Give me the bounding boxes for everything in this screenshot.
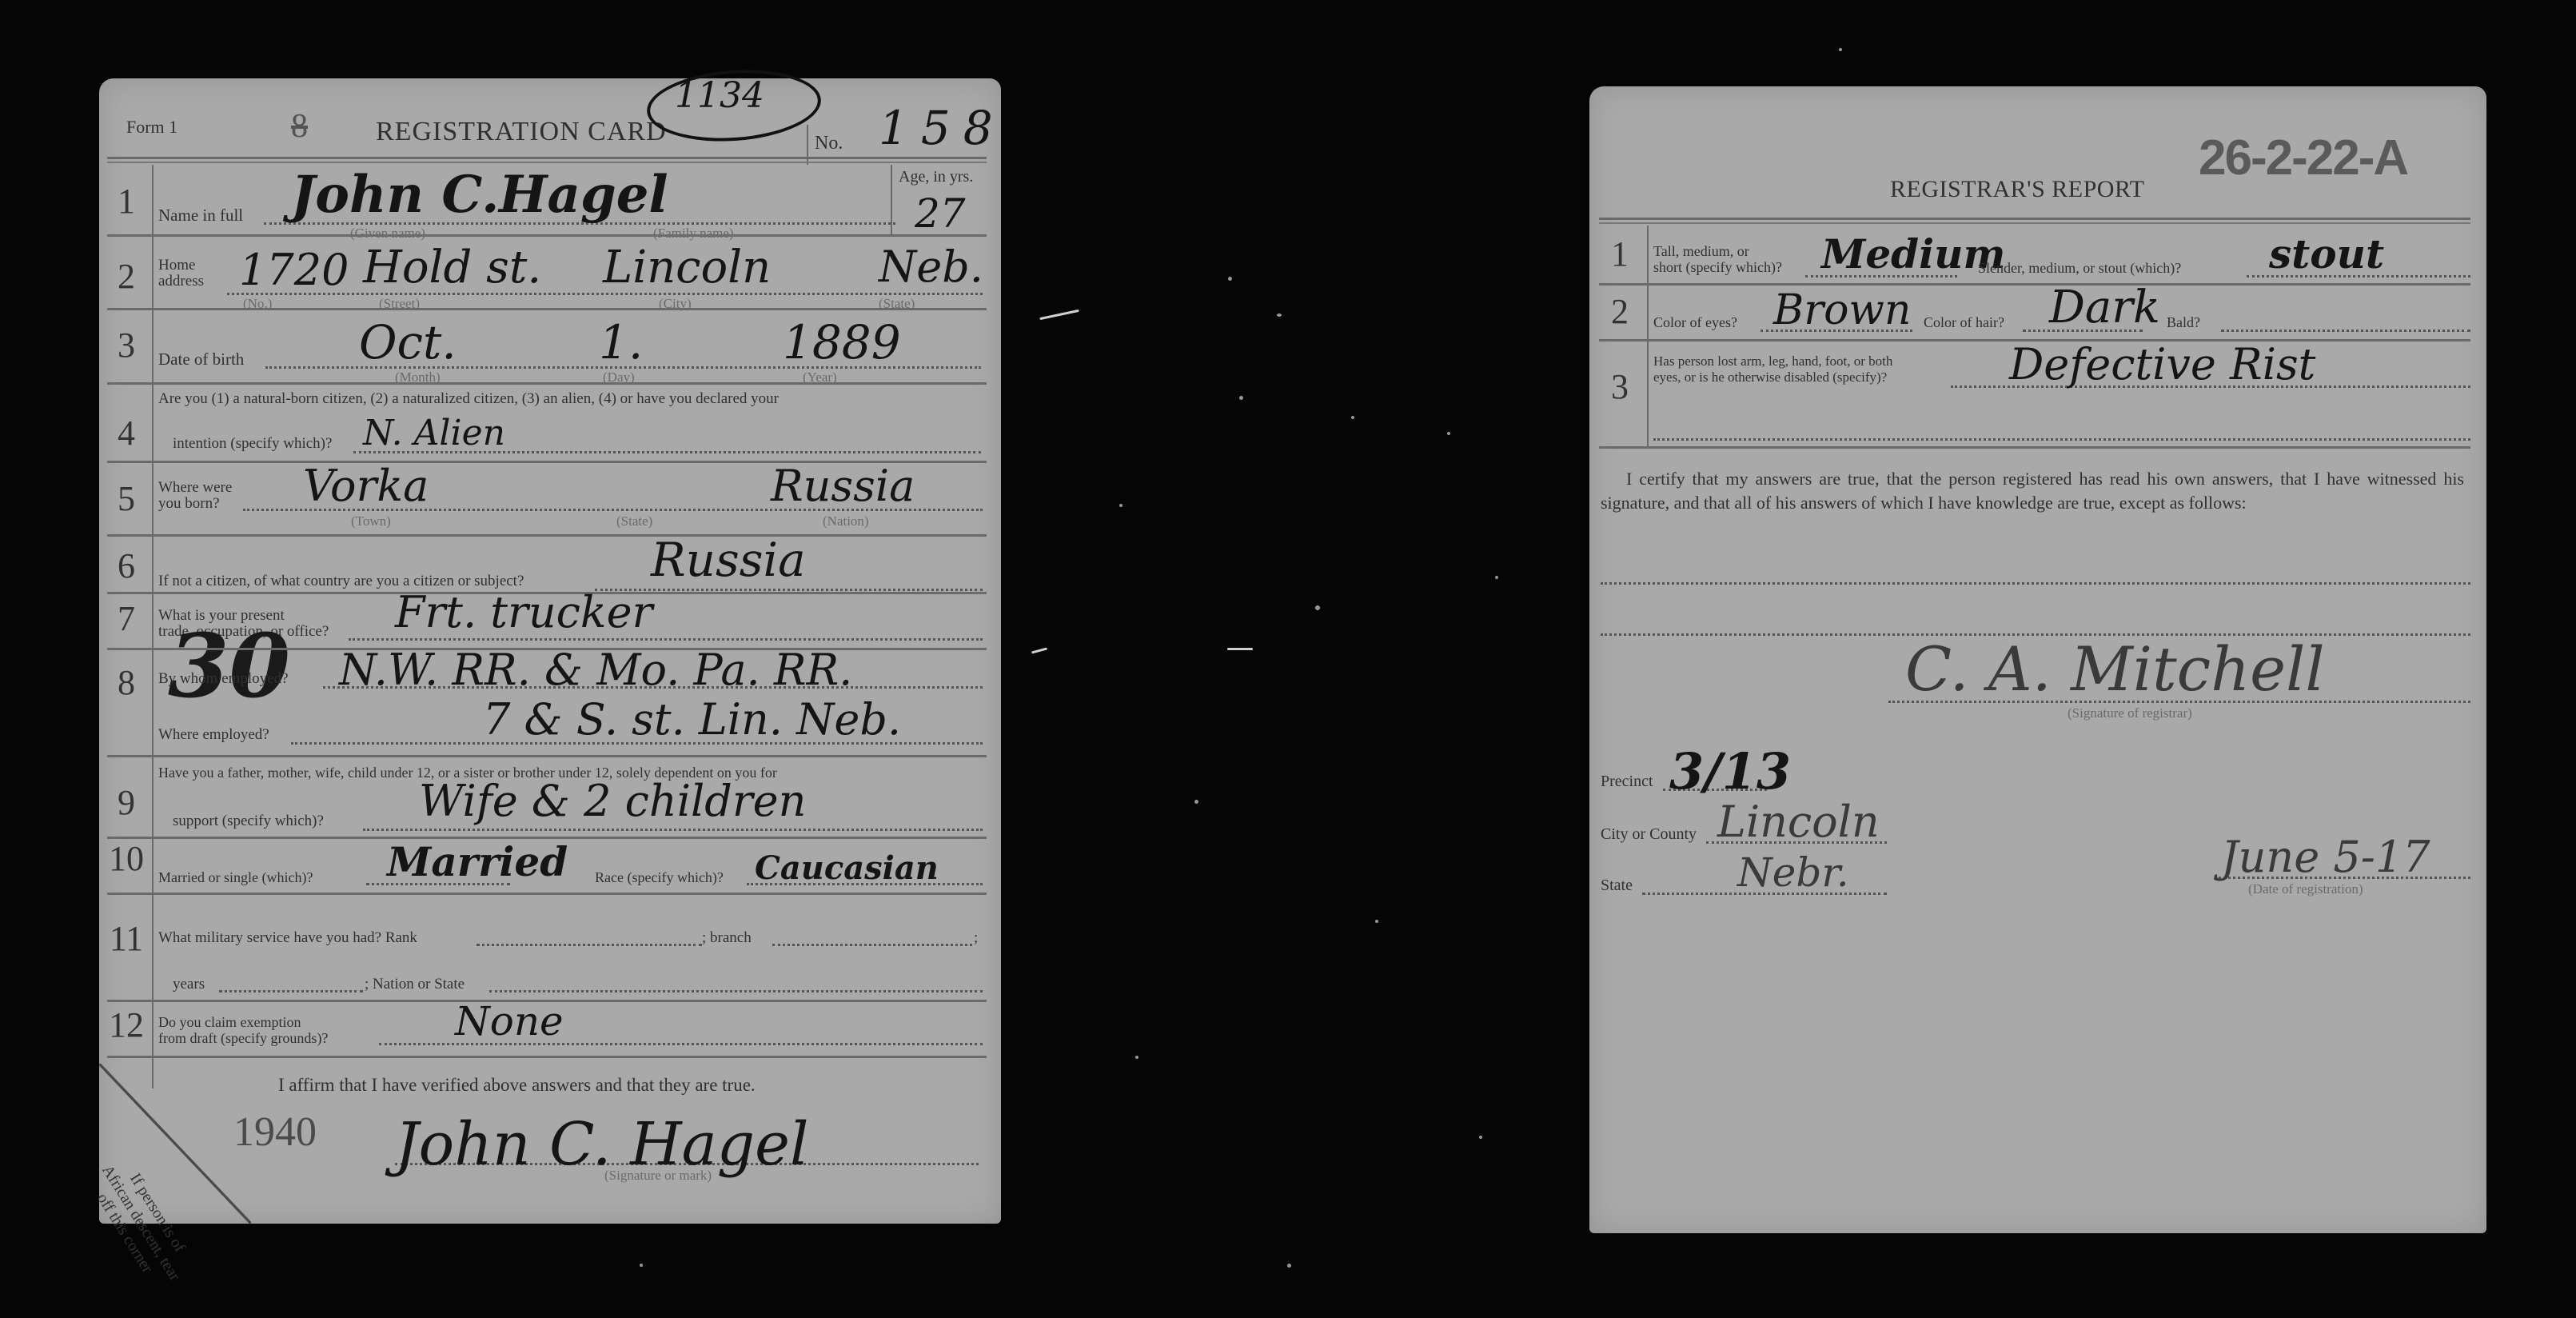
dependents-rule — [363, 829, 983, 831]
birth-nation-value: Russia — [771, 461, 915, 511]
hair-color-label: Color of hair? — [1924, 314, 2004, 331]
race-label: Race (specify which)? — [595, 869, 724, 886]
branch-label: ; branch — [702, 929, 752, 947]
circled-number: 1134 — [675, 75, 764, 116]
exceptions-rule — [1601, 582, 2470, 585]
disability-label-line2: eyes, or is he otherwise disabled (speci… — [1653, 369, 1892, 385]
citizenship-question-cont: intention (specify which)? — [173, 435, 332, 453]
height-label: Tall, medium, or short (specify which)? — [1653, 243, 1782, 275]
row-number: 5 — [102, 478, 150, 519]
given-name-caption: (Given name) — [350, 226, 425, 242]
row-number: 6 — [102, 545, 150, 586]
marital-status-value: Married — [387, 838, 568, 885]
birth-year-value: 1889 — [783, 315, 901, 369]
serial-number: 158 — [879, 101, 1006, 155]
row-number: 8 — [102, 662, 150, 703]
military-service-question: What military service have you had? Rank — [158, 929, 417, 947]
birth-town-value: Vorka — [303, 461, 429, 511]
number-column-divider — [152, 165, 154, 1088]
registrant-signature: John C. Hagel — [395, 1110, 809, 1179]
row-divider — [107, 382, 987, 385]
race-value: Caucasian — [755, 849, 939, 887]
disability-value: Defective Rist — [2009, 339, 2315, 389]
stamp-code: 26-2-22-A — [2199, 130, 2407, 186]
registration-date-value: June 5-17 — [2221, 832, 2430, 882]
height-label-line2: short (specify which)? — [1653, 259, 1782, 275]
years-rule — [219, 990, 363, 992]
exemption-label-line1: Do you claim exemption — [158, 1014, 328, 1030]
state-value: Neb. — [879, 242, 983, 292]
birthplace-label-line2: you born? — [158, 496, 232, 512]
home-label: Home — [158, 258, 204, 274]
hair-color-value: Dark — [2049, 282, 2160, 333]
birthplace-label: Where were you born? — [158, 480, 232, 512]
row-divider — [1599, 446, 2470, 449]
certification-text: I certify that my answers are true, that… — [1601, 467, 2464, 515]
town-caption: (Town) — [351, 513, 391, 529]
precinct-value: 3/13 — [1669, 742, 1791, 801]
margin-note: 30 — [168, 614, 290, 717]
eye-color-label: Color of eyes? — [1653, 314, 1737, 331]
family-name-value: Hagel — [499, 165, 668, 225]
registration-card: Form 1 8 REGISTRATION CARD 1134 No. 158 … — [99, 78, 1001, 1224]
dust-speck — [1287, 1264, 1291, 1268]
exemption-value: None — [455, 998, 564, 1044]
employer-label: By whom employed? — [158, 670, 289, 688]
row-number: 2 — [1596, 291, 1644, 332]
dust-scratch — [1031, 647, 1047, 653]
address-number-value: 1720 — [239, 245, 349, 295]
exemption-label-line2: from draft (specify grounds)? — [158, 1030, 328, 1046]
state-label: State — [1601, 877, 1633, 894]
dust-speck — [1479, 1136, 1482, 1139]
marital-status-label: Married or single (which)? — [158, 869, 313, 886]
row-number: 12 — [102, 1004, 150, 1045]
row-divider — [107, 234, 987, 237]
rank-rule — [477, 944, 702, 946]
family-name-caption: (Family name) — [653, 226, 734, 242]
citizen-country-value: Russia — [651, 533, 806, 587]
build-value: stout — [2269, 230, 2384, 278]
dust-speck — [1239, 396, 1243, 400]
dust-scratch — [1227, 648, 1253, 650]
birthplace-label-line1: Where were — [158, 480, 232, 496]
number-column-divider — [1647, 226, 1649, 446]
where-employed-value: 7 & S. st. Lin. Neb. — [483, 694, 901, 745]
row-divider — [1599, 283, 2470, 286]
dust-speck — [640, 1264, 643, 1267]
row-number: 4 — [102, 413, 150, 453]
dust-speck — [1375, 920, 1378, 923]
citizenship-value: N. Alien — [363, 413, 505, 453]
date-of-birth-label: Date of birth — [158, 350, 244, 368]
header-rule — [107, 162, 987, 163]
country-rule — [595, 589, 983, 591]
dust-speck — [1277, 314, 1282, 317]
nation-caption: (Nation) — [823, 513, 869, 529]
age-divider — [891, 165, 892, 235]
row-divider — [107, 308, 987, 310]
occupation-value: Frt. trucker — [395, 587, 652, 637]
branch-rule — [772, 944, 972, 946]
exemption-label: Do you claim exemption from draft (speci… — [158, 1014, 328, 1046]
dependents-value: Wife & 2 children — [419, 776, 806, 826]
branch-end: ; — [974, 929, 978, 947]
height-label-line1: Tall, medium, or — [1653, 243, 1782, 259]
years-label: years — [173, 976, 205, 993]
row-number: 1 — [1596, 234, 1644, 274]
address-label: address — [158, 274, 204, 290]
registrar-signature: C. A. Mitchell — [1905, 633, 2325, 705]
citizenship-question: Are you (1) a natural-born citizen, (2) … — [158, 390, 779, 408]
disability-label: Has person lost arm, leg, hand, foot, or… — [1653, 353, 1892, 385]
birth-month-value: Oct. — [359, 315, 457, 369]
row-number: 11 — [102, 918, 150, 959]
dust-speck — [1135, 1056, 1138, 1059]
dust-scratch — [1039, 310, 1079, 320]
city-county-value: Lincoln — [1717, 797, 1880, 847]
row-number: 3 — [1596, 366, 1644, 407]
row-number: 7 — [102, 598, 150, 639]
eye-color-value: Brown — [1773, 286, 1911, 334]
precinct-label: Precinct — [1601, 773, 1653, 790]
dust-speck — [1228, 277, 1232, 281]
dust-speck — [1119, 504, 1123, 507]
row-divider — [107, 893, 987, 895]
age-value: 27 — [915, 190, 966, 237]
row-number: 1 — [102, 181, 150, 222]
birth-day-value: 1. — [599, 315, 643, 369]
build-label: Slender, medium, or stout (which)? — [1978, 259, 2181, 277]
row-divider — [107, 534, 987, 537]
city-county-label: City or County — [1601, 825, 1697, 843]
disability-rule-2 — [1653, 438, 2470, 441]
dust-speck — [1495, 576, 1498, 579]
state-value: Nebr. — [1737, 849, 1849, 896]
employer-value: N.W. RR. & Mo. Pa. RR. — [339, 645, 852, 695]
dust-speck — [1315, 605, 1320, 610]
form-label: Form 1 — [126, 117, 177, 138]
dust-speck — [1839, 48, 1842, 51]
card-title: REGISTRATION CARD — [376, 117, 667, 147]
dust-speck — [1194, 800, 1198, 804]
nation-or-state-label: ; Nation or State — [365, 976, 465, 993]
city-value: Lincoln — [603, 242, 771, 294]
row-number: 3 — [102, 325, 150, 365]
registration-date-caption: (Date of registration) — [2248, 881, 2363, 897]
header-rule — [107, 157, 987, 159]
registrars-report-card: REGISTRAR'S REPORT 26-2-22-A 1 Tall, med… — [1589, 86, 2486, 1233]
registrar-signature-caption: (Signature of registrar) — [2068, 705, 2192, 721]
header-rule — [1599, 222, 2470, 224]
row-number: 2 — [102, 256, 150, 297]
report-title: REGISTRAR'S REPORT — [1890, 176, 2145, 203]
bald-label: Bald? — [2167, 314, 2200, 331]
no-label: No. — [815, 133, 843, 154]
given-name-value: John C. — [291, 165, 499, 225]
affirmation-text: I affirm that I have verified above answ… — [278, 1075, 756, 1096]
signature-caption: (Signature or mark) — [604, 1168, 712, 1184]
state-caption-birth: (State) — [616, 513, 652, 529]
disability-label-line1: Has person lost arm, leg, hand, foot, or… — [1653, 353, 1892, 369]
row-number: 10 — [102, 838, 150, 879]
row-divider — [107, 755, 987, 757]
row-number: 9 — [102, 782, 150, 823]
street-value: Hold st. — [363, 242, 541, 294]
struck-prefix: 8 — [291, 107, 308, 146]
name-label: Name in full — [158, 206, 243, 224]
dependents-question-cont: support (specify which)? — [173, 813, 324, 830]
dust-speck — [1351, 416, 1354, 419]
age-label: Age, in yrs. — [899, 168, 973, 186]
where-employed-label: Where employed? — [158, 726, 269, 744]
nation-or-state-rule — [489, 990, 983, 992]
home-address-label: Home address — [158, 258, 204, 290]
header-rule — [1599, 218, 2470, 220]
row-divider — [107, 1056, 987, 1058]
occupation-rule — [349, 638, 983, 641]
dust-speck — [1447, 432, 1450, 435]
bald-rule — [2221, 329, 2470, 332]
